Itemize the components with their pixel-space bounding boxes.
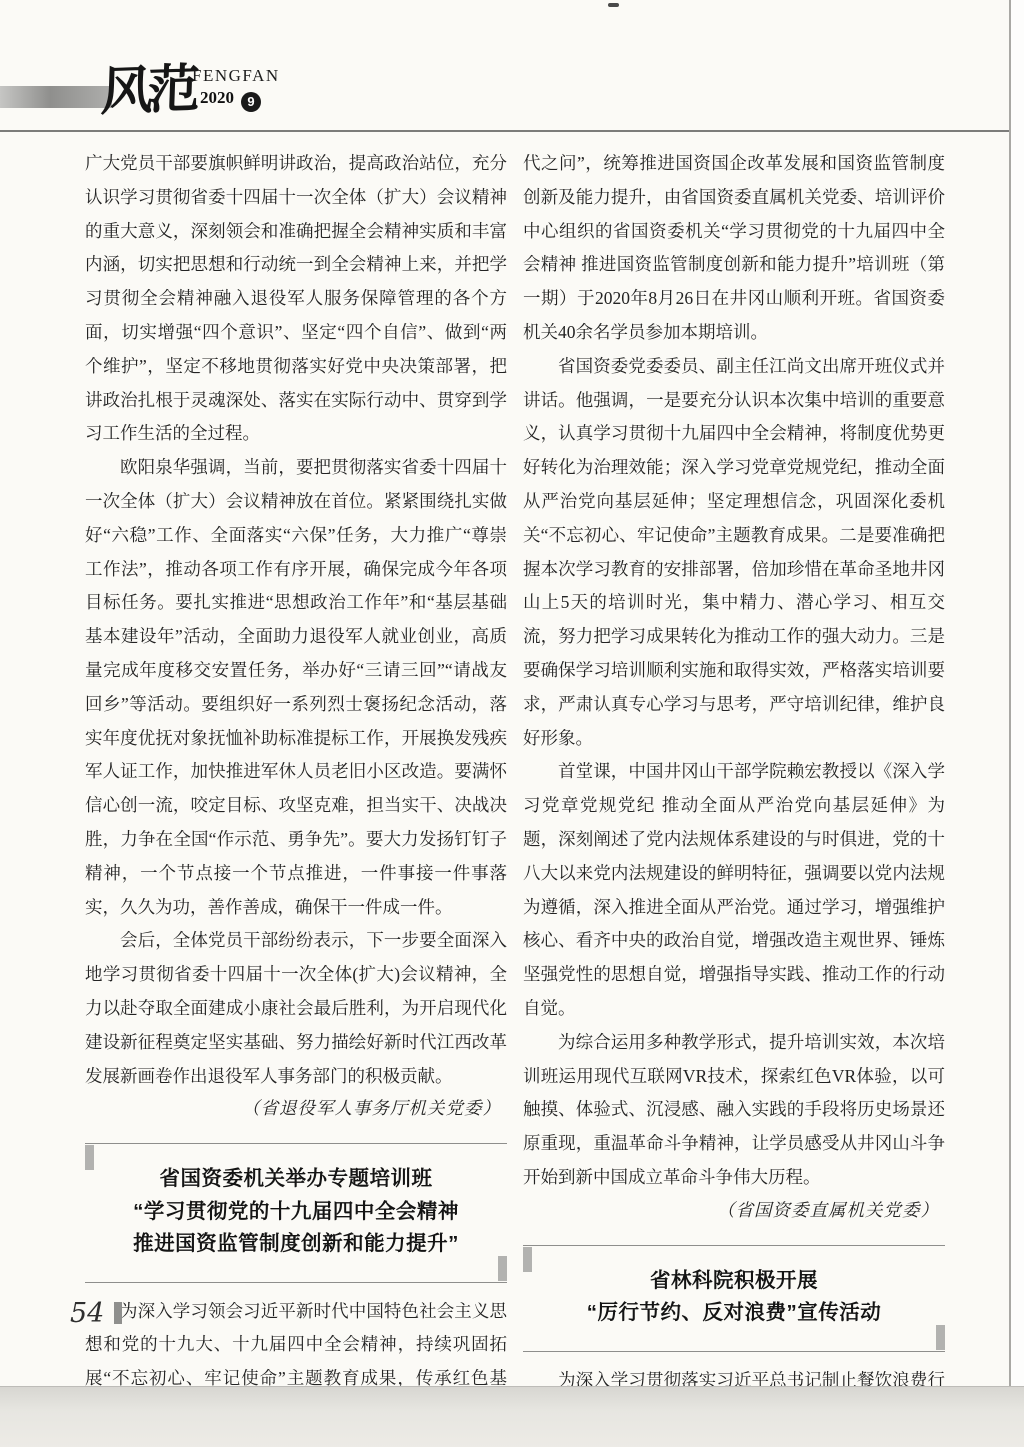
heading-corner-mark-icon xyxy=(523,1247,532,1272)
body-paragraph: 首堂课，中国井冈山干部学院赖宏教授以《深入学习党章党规党纪 推动全面从严治党向基… xyxy=(523,755,945,1025)
page-footer: 54 xyxy=(70,1298,122,1329)
article-title-line: 推进国资监管制度创新和能力提升” xyxy=(93,1228,499,1261)
body-paragraph: 省国资委党委委员、副主任江尚文出席开班仪式并讲话。他强调，一是要充分认识本次集中… xyxy=(523,350,945,756)
body-paragraph: 为综合运用多种教学形式，提升培训实效，本次培训班运用现代互联网VR技术，探索红色… xyxy=(523,1026,945,1195)
masthead: 风范 FENGFAN 20209 xyxy=(0,0,1024,132)
article-heading-box: 省林科院积极开展 “厉行节约、反对浪费”宣传活动 xyxy=(523,1245,945,1352)
fengfan-logo-latin: FENGFAN xyxy=(192,66,280,86)
right-column: 代之问”，统筹推进国资国企改革发展和国资监管制度创新及能力提升，由省国资委直属机… xyxy=(523,147,945,1431)
heading-corner-mark-icon xyxy=(936,1325,945,1350)
issue-number-badge: 9 xyxy=(241,92,261,112)
page-right-margin xyxy=(1011,0,1024,1386)
article-title-line: “厉行节约、反对浪费”宣传活动 xyxy=(531,1297,937,1330)
article-title-line: 省国资委机关举办专题培训班 xyxy=(93,1163,499,1196)
heading-corner-mark-icon xyxy=(85,1145,94,1170)
page-number-bar-icon xyxy=(114,1302,122,1324)
body-paragraph: 会后，全体党员干部纷纷表示，下一步要全面深入地学习贯彻省委十四届十一次全体(扩大… xyxy=(85,924,507,1093)
article-byline: （省退役军人事务厅机关党委） xyxy=(85,1093,507,1127)
issue-info: 20209 xyxy=(200,88,261,112)
left-column: 广大党员干部要旗帜鲜明讲政治，提高政治站位，充分认识学习贯彻省委十四届十一次全体… xyxy=(85,147,507,1430)
body-paragraph: 广大党员干部要旗帜鲜明讲政治，提高政治站位，充分认识学习贯彻省委十四届十一次全体… xyxy=(85,147,507,451)
scan-bottom-band xyxy=(0,1386,1024,1447)
article-byline: （省国资委直属机关党委） xyxy=(523,1195,945,1229)
masthead-left-bar xyxy=(0,86,112,108)
article-title-line: “学习贯彻党的十九届四中全会精神 xyxy=(93,1196,499,1229)
article-heading-box: 省国资委机关举办专题培训班 “学习贯彻党的十九届四中全会精神 推进国资监管制度创… xyxy=(85,1143,507,1283)
heading-corner-mark-icon xyxy=(498,1256,507,1281)
fengfan-logo-calligraphy: 风范 xyxy=(100,46,197,124)
masthead-rule xyxy=(0,130,1010,132)
article-title: 省林科院积极开展 “厉行节约、反对浪费”宣传活动 xyxy=(531,1265,937,1330)
page-number: 54 xyxy=(70,1298,104,1329)
body-paragraph: 代之问”，统筹推进国资国企改革发展和国资监管制度创新及能力提升，由省国资委直属机… xyxy=(523,147,945,350)
issue-year: 2020 xyxy=(200,88,234,107)
article-title: 省国资委机关举办专题培训班 “学习贯彻党的十九届四中全会精神 推进国资监管制度创… xyxy=(93,1163,499,1261)
body-paragraph: 欧阳泉华强调，当前，要把贯彻落实省委十四届十一次全体（扩大）会议精神放在首位。紧… xyxy=(85,451,507,924)
article-title-line: 省林科院积极开展 xyxy=(531,1265,937,1298)
